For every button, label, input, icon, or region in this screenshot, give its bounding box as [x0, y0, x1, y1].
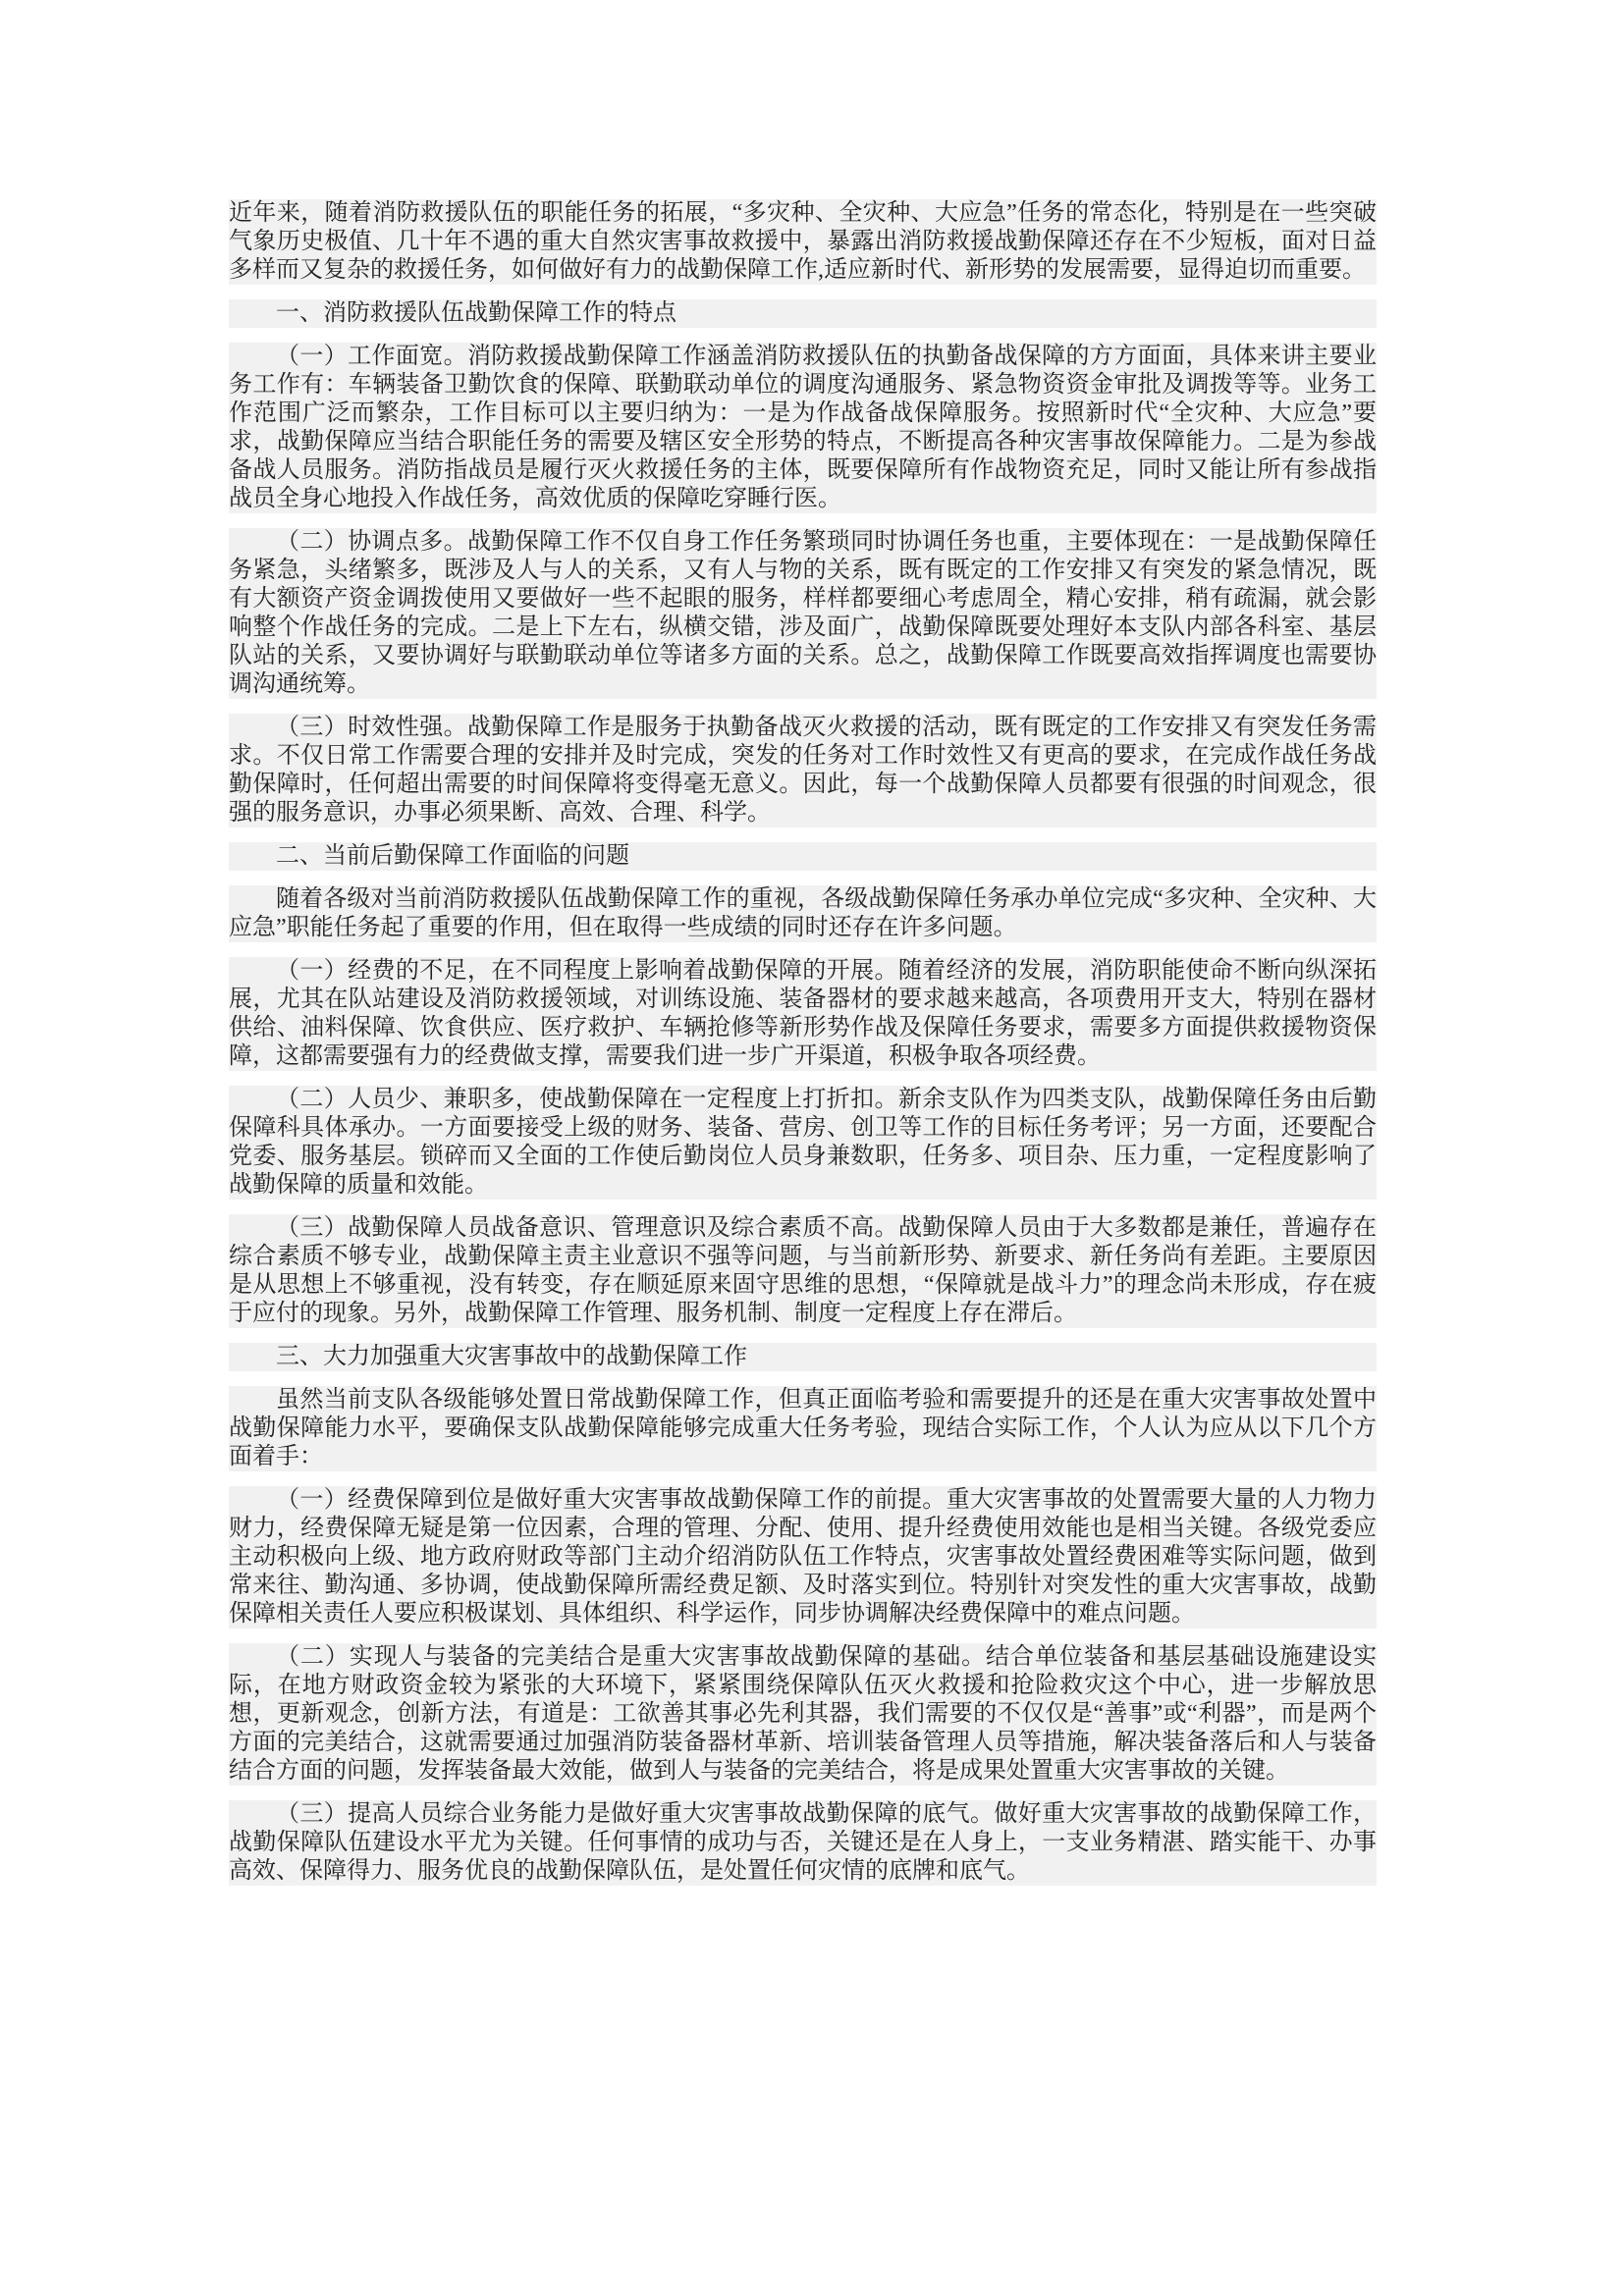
body-paragraph: （二）人员少、兼职多，使战勤保障在一定程度上打折扣。新余支队作为四类支队，战勤保… [229, 1086, 1377, 1200]
section-heading: 二、当前后勤保障工作面临的问题 [229, 842, 1377, 871]
body-paragraph: （二）实现人与装备的完美结合是重大灾害事故战勤保障的基础。结合单位装备和基层基础… [229, 1643, 1377, 1786]
body-paragraph: （一）经费保障到位是做好重大灾害事故战勤保障工作的前提。重大灾害事故的处置需要大… [229, 1486, 1377, 1629]
body-paragraph: （一）工作面宽。消防救援战勤保障工作涵盖消防救援队伍的执勤备战保障的方方面面，具… [229, 343, 1377, 513]
body-paragraph: （一）经费的不足，在不同程度上影响着战勤保障的开展。随着经济的发展，消防职能使命… [229, 957, 1377, 1071]
body-paragraph: （二）协调点多。战勤保障工作不仅自身工作任务繁琐同时协调任务也重，主要体现在：一… [229, 528, 1377, 699]
body-paragraph: （三）战勤保障人员战备意识、管理意识及综合素质不高。战勤保障人员由于大多数都是兼… [229, 1214, 1377, 1328]
body-paragraph: （三）提高人员综合业务能力是做好重大灾害事故战勤保障的底气。做好重大灾害事故的战… [229, 1800, 1377, 1886]
body-paragraph: 虽然当前支队各级能够处置日常战勤保障工作，但真正面临考验和需要提升的还是在重大灾… [229, 1386, 1377, 1471]
body-paragraph: 近年来，随着消防救援队伍的职能任务的拓展，“多灾种、全灾种、大应急”任务的常态化… [229, 199, 1377, 285]
section-heading: 一、消防救援队伍战勤保障工作的特点 [229, 299, 1377, 328]
body-paragraph: 随着各级对当前消防救援队伍战勤保障工作的重视，各级战勤保障任务承办单位完成“多灾… [229, 885, 1377, 942]
section-heading: 三、大力加强重大灾害事故中的战勤保障工作 [229, 1343, 1377, 1371]
body-paragraph: （三）时效性强。战勤保障工作是服务于执勤备战灭火救援的活动，既有既定的工作安排又… [229, 714, 1377, 828]
document-page: 近年来，随着消防救援队伍的职能任务的拓展，“多灾种、全灾种、大应急”任务的常态化… [229, 199, 1377, 1900]
